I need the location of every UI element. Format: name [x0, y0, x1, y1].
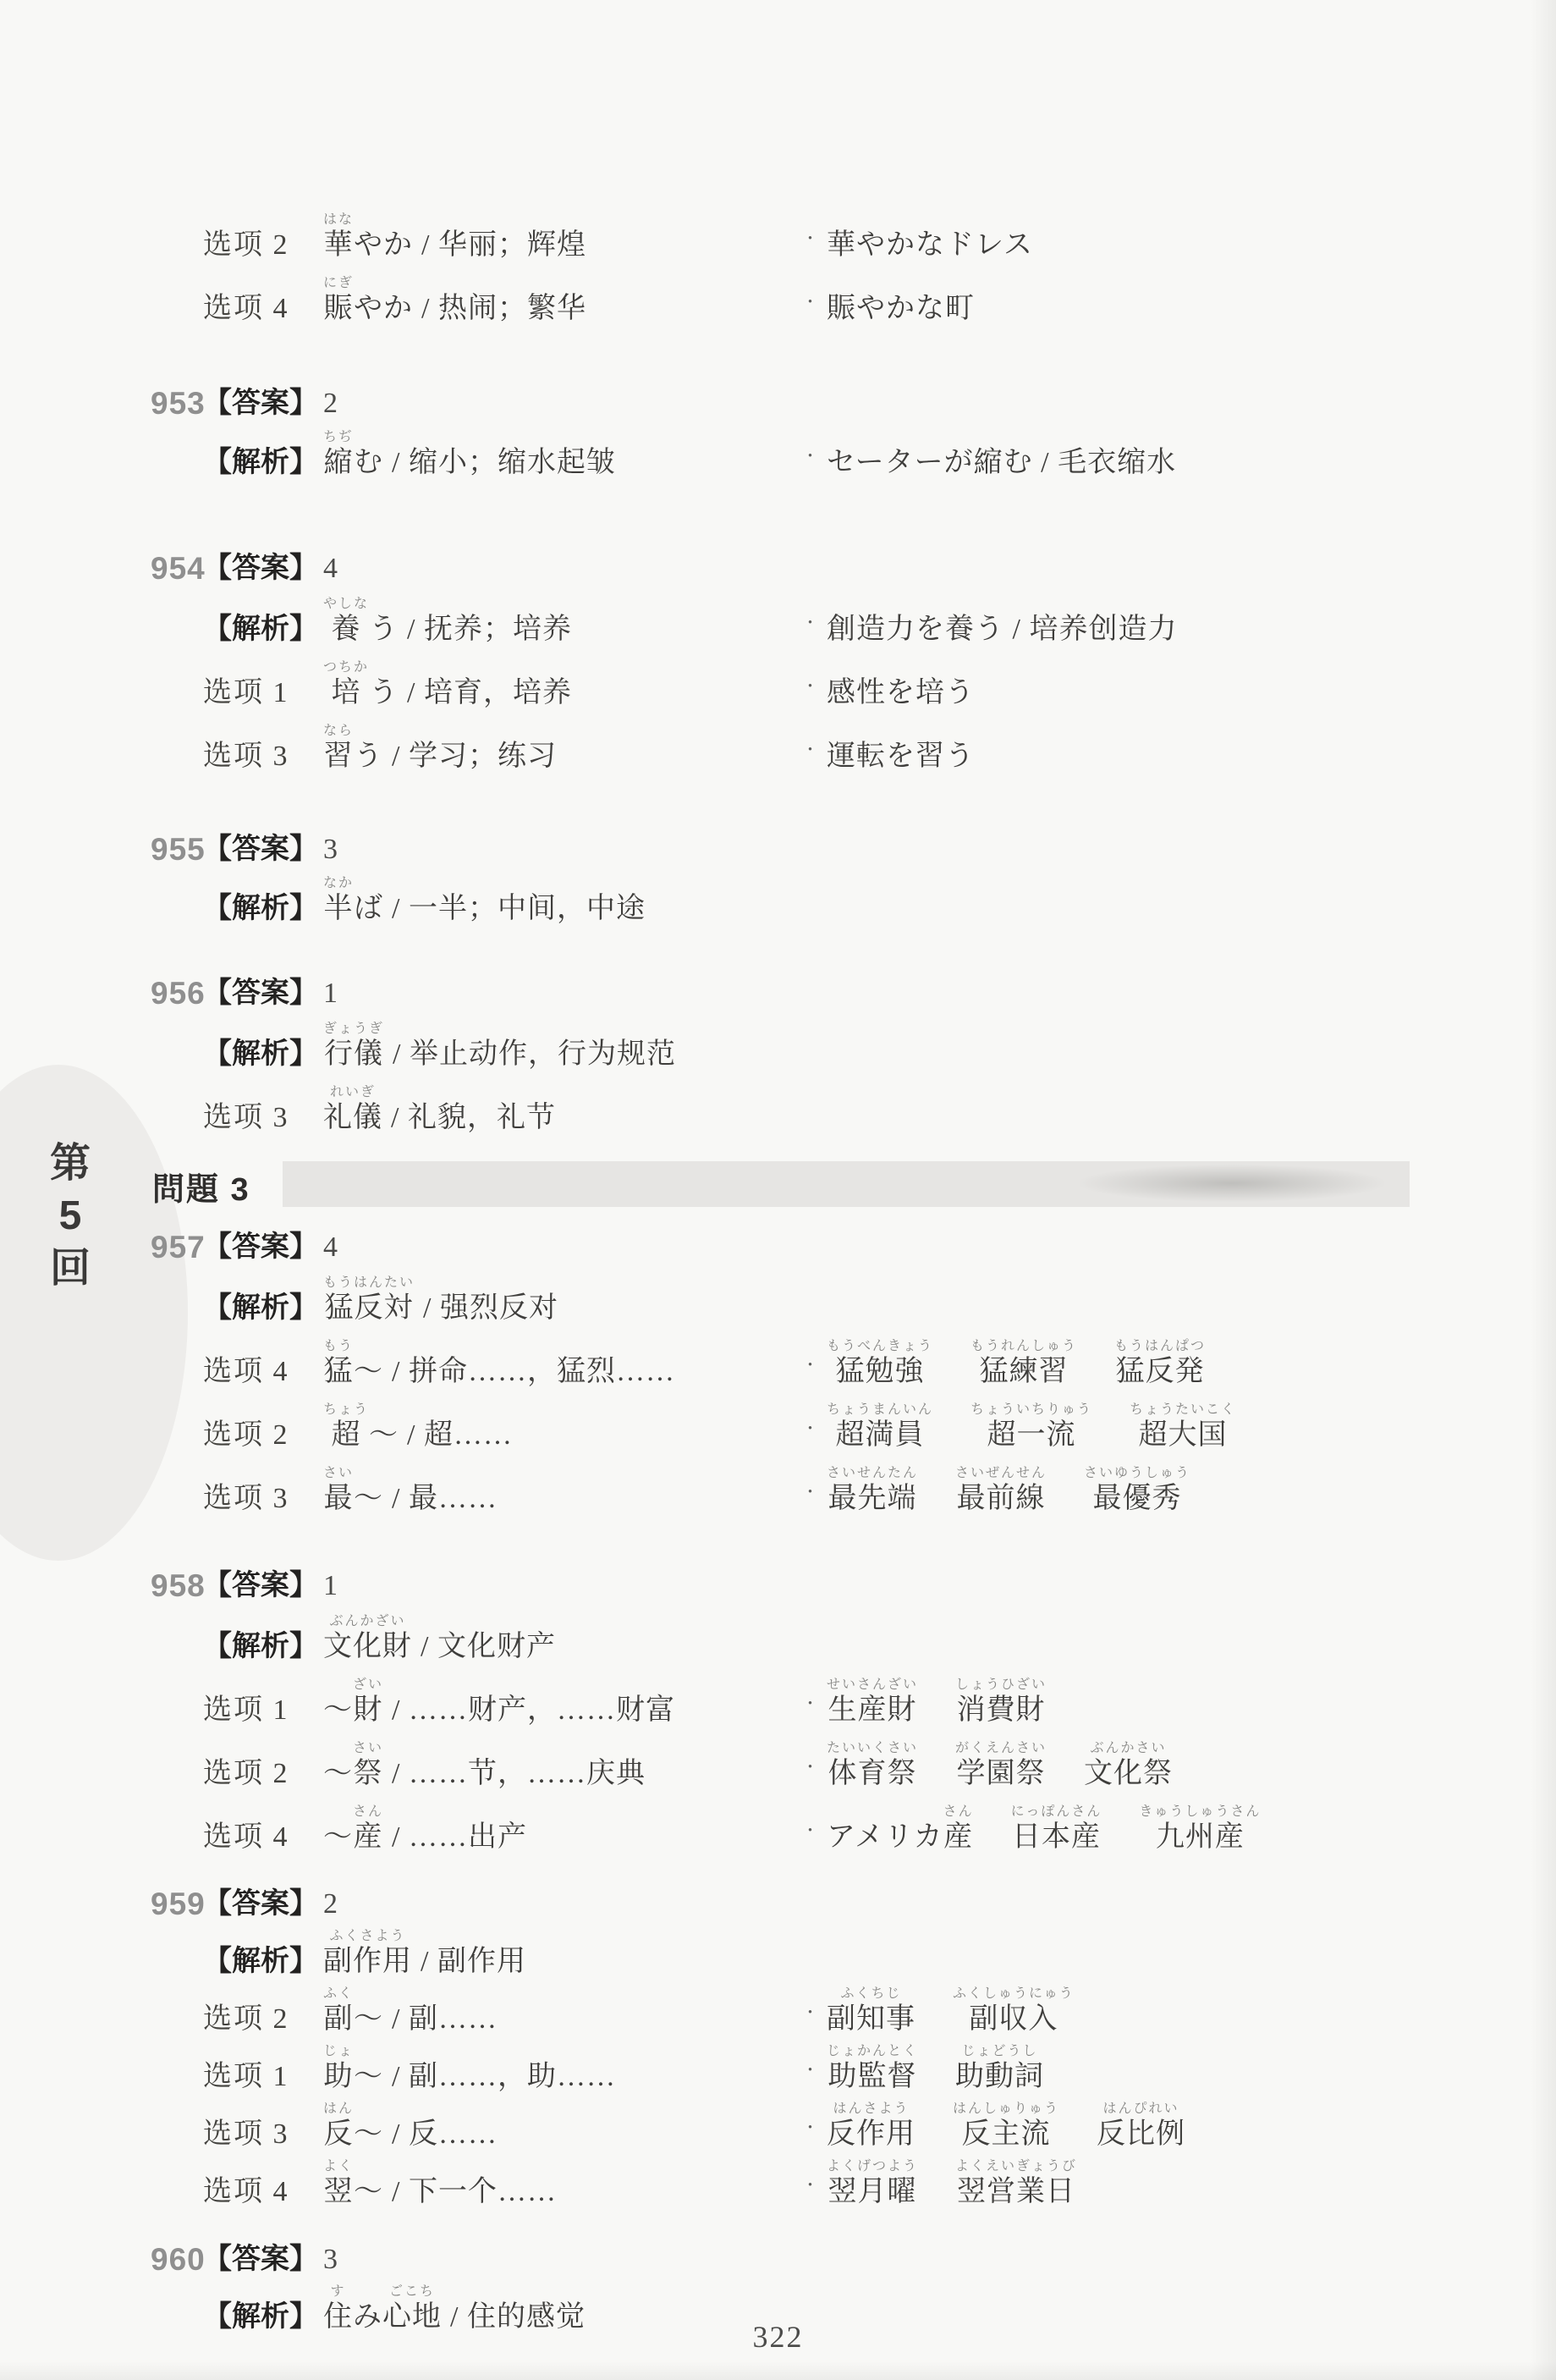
jp-text: ～ — [354, 1355, 383, 1389]
furigana: なら — [323, 723, 354, 740]
example-word: さいぜんせん最前線 — [955, 1465, 1047, 1516]
option-row: 选项 1 ～ ざい財 / ……财产，……财富 ・ せいさんざい生産財 しょうひざ… — [0, 1692, 1556, 1727]
jp-term: ～ さん産 / ……出产 — [323, 1804, 527, 1854]
jp-text: ～ — [354, 1482, 383, 1516]
jp-text: 習 — [324, 740, 354, 774]
example-furigana: ふくしゅうにゅう — [953, 1986, 1075, 2003]
furigana: やしな — [323, 596, 369, 613]
chinese-gloss: / 缩小；缩水起皱 — [392, 446, 616, 480]
example-furigana: ぶんかさい — [1091, 1740, 1167, 1757]
jp-text: ～ — [369, 1419, 399, 1452]
furigana: さい — [353, 1740, 383, 1757]
example-word: ふくしゅうにゅう副収入 — [953, 1986, 1075, 2036]
example-column: ・ 華やかなドレス — [802, 223, 1070, 262]
furigana: さん — [353, 1804, 383, 1821]
answer-row: 960 【答案】 3 — [0, 2241, 1556, 2277]
option-row: 选项 3 はん反 ～ / 反…… ・ はんさよう反作用 はんしゅりゅう反主流 は… — [0, 2116, 1556, 2151]
furigana: れいぎ — [330, 1084, 376, 1101]
option-label: 选项 4 — [203, 1355, 289, 1389]
furigana: ふくさよう — [329, 1928, 405, 1945]
answer-value: 2 — [323, 387, 338, 421]
answer-row: 956 【答案】 1 — [0, 975, 1556, 1011]
item-number: 953 — [151, 387, 206, 421]
bullet-icon: ・ — [802, 1688, 818, 1727]
jp-term: よく翌 ～ / 下一个…… — [323, 2158, 557, 2209]
example-column: ・ さいせんたん最先端 さいぜんせん最前線 さいゆうしゅう最優秀 — [802, 1465, 1228, 1516]
jp-term: れいぎ礼儀 / 礼貌，礼节 — [323, 1084, 556, 1135]
jp-term: ～ さい祭 / ……节，……庆典 — [323, 1740, 646, 1791]
option-row: 选项 1 つちか培 う / 培育，培养 ・ 感性を培う — [0, 675, 1556, 710]
jp-term: はな華 やか / 华丽；辉煌 — [323, 212, 586, 262]
example-furigana: せいさんざい — [827, 1677, 918, 1694]
item-number: 957 — [151, 1231, 206, 1264]
jp-text: ～ — [323, 1757, 353, 1791]
example-furigana: よくえいぎょうび — [955, 2158, 1077, 2175]
jp-term: ちょう超 ～ / 超…… — [323, 1402, 513, 1452]
jp-term: なか半 ば / 一半；中间，中途 — [323, 875, 646, 926]
bullet-icon: ・ — [802, 670, 818, 710]
jp-term: はん反 ～ / 反…… — [323, 2101, 498, 2151]
example-word: がくえんさい学園祭 — [955, 1740, 1047, 1791]
jp-term: じょ助 ～ / 副……，助…… — [323, 2043, 616, 2094]
jp-text: 副 — [324, 2003, 354, 2036]
example-column: ・ 賑やかな町 — [802, 286, 1012, 326]
example-word: ふくちじ副知事 — [827, 1986, 915, 2036]
answer-row: 957 【答案】 4 — [0, 1229, 1556, 1264]
example-furigana: きゅうしゅうさん — [1139, 1804, 1261, 1821]
chinese-gloss: / 华丽；辉煌 — [421, 229, 586, 262]
example-word: はんしゅりゅう反主流 — [953, 2101, 1059, 2151]
bullet-icon: ・ — [802, 1413, 818, 1452]
jp-text: う — [369, 613, 399, 647]
chinese-gloss: / 强烈反对 — [423, 1292, 558, 1325]
example-word: 感性を培う — [827, 676, 975, 710]
item-number: 955 — [151, 833, 206, 867]
option-label: 选项 4 — [203, 1821, 289, 1854]
furigana: ざい — [353, 1677, 383, 1694]
option-row: 选项 3 れいぎ礼儀 / 礼貌，礼节 — [0, 1099, 1556, 1135]
example-word: じょどうし助動詞 — [955, 2043, 1044, 2094]
kaiseki-label: 【解析】 — [203, 1038, 318, 1072]
answer-row: 955 【答案】 3 — [0, 831, 1556, 867]
chinese-gloss: / 副作用 — [421, 1945, 526, 1979]
bullet-icon: ・ — [802, 2054, 818, 2094]
answer-label: 【答案】 — [203, 552, 318, 586]
jp-term: さい最 ～ / 最…… — [323, 1465, 498, 1516]
example-furigana: じょかんとく — [827, 2043, 918, 2060]
furigana: す — [330, 2284, 345, 2300]
kaiseki-row: 【解析】 ぎょうぎ行儀 / 举止动作，行为规范 — [0, 1036, 1556, 1072]
jp-text: 猛 — [324, 1355, 354, 1389]
jp-text: やか — [354, 292, 413, 326]
furigana: ごこち — [389, 2284, 435, 2300]
example-column: ・ はんさよう反作用 はんしゅりゅう反主流 はんぴれい反比例 — [802, 2101, 1223, 2151]
answer-label: 【答案】 — [203, 1569, 318, 1603]
jp-text: 翌 — [324, 2175, 354, 2209]
example-furigana: はんぴれい — [1103, 2101, 1179, 2118]
furigana: ちょう — [323, 1402, 369, 1419]
jp-text: ～ — [354, 2060, 383, 2094]
option-label: 选项 3 — [203, 1482, 289, 1516]
answer-label: 【答案】 — [203, 1231, 318, 1264]
example-furigana: たいいくさい — [827, 1740, 918, 1757]
example-word: よくげつよう翌月曜 — [827, 2158, 918, 2209]
example-word: 創造力を養う / 培养创造力 — [827, 613, 1177, 647]
bullet-icon: ・ — [802, 1751, 818, 1791]
option-row: 选项 4 よく翌 ～ / 下一个…… ・ よくげつよう翌月曜 よくえいぎょうび翌… — [0, 2173, 1556, 2209]
item-number: 959 — [151, 1887, 206, 1921]
example-furigana: さいぜんせん — [955, 1465, 1047, 1482]
bullet-icon: ・ — [802, 286, 818, 326]
example-word: ぶんかさい文化祭 — [1084, 1740, 1173, 1791]
furigana: ぎょうぎ — [323, 1021, 384, 1038]
furigana: ぶんかざい — [329, 1613, 405, 1630]
option-label: 选项 2 — [203, 1419, 289, 1452]
jp-text: 産 — [354, 1821, 383, 1854]
jp-text: ～ — [354, 2003, 383, 2036]
example-furigana: さいゆうしゅう — [1084, 1465, 1190, 1482]
jp-text: 行儀 — [324, 1038, 383, 1072]
example-word: もうはんぱつ猛反発 — [1114, 1338, 1206, 1389]
example-word: きゅうしゅうさん九州産 — [1139, 1804, 1261, 1854]
example-word: たいいくさい体育祭 — [827, 1740, 918, 1791]
chinese-gloss: / 一半；中间，中途 — [392, 892, 646, 926]
bullet-icon: ・ — [802, 2112, 818, 2151]
chinese-gloss: / ……出产 — [392, 1821, 527, 1854]
item-number: 956 — [151, 977, 206, 1011]
example-word: しょうひざい消費財 — [955, 1677, 1047, 1727]
option-label: 选项 4 — [203, 2175, 289, 2209]
bullet-icon: ・ — [802, 223, 818, 262]
example-furigana: がくえんさい — [955, 1740, 1047, 1757]
option-row: 选项 4 ～ さん産 / ……出产 ・ アメリカさん産 にっぽんさん日本産 きゅ… — [0, 1819, 1556, 1854]
chinese-gloss: / 副……，助…… — [392, 2060, 616, 2094]
furigana: なか — [323, 875, 354, 892]
bullet-icon: ・ — [802, 440, 818, 480]
jp-term: ふくさよう副作用 / 副作用 — [323, 1928, 526, 1979]
jp-term: ～ ざい財 / ……财产，……财富 — [323, 1677, 675, 1727]
jp-text: ば — [354, 892, 383, 926]
page-number: 322 — [0, 2319, 1556, 2355]
chinese-gloss: / 副…… — [392, 2003, 498, 2036]
jp-text: ～ — [323, 1821, 353, 1854]
kaiseki-row: 【解析】 ふくさよう副作用 / 副作用 — [0, 1943, 1556, 1979]
answer-row: 959 【答案】 2 — [0, 1886, 1556, 1921]
option-row: 选项 4 もう猛 ～ / 拼命……，猛烈…… ・ もうべんきょう猛勉強 もうれん… — [0, 1353, 1556, 1389]
option-label: 选项 1 — [203, 2060, 289, 2094]
example-word: ちょうたいこく超大国 — [1130, 1402, 1236, 1452]
example-word: はんさよう反作用 — [827, 2101, 915, 2151]
example-furigana: よくげつよう — [827, 2158, 918, 2175]
chinese-gloss: / 培育，培养 — [407, 676, 572, 710]
option-label: 选项 1 — [203, 676, 289, 710]
example-word: 華やかなドレス — [827, 229, 1033, 262]
example-furigana: ちょういちりゅう — [970, 1402, 1092, 1419]
answer-value: 2 — [323, 1887, 338, 1921]
example-word: にっぽんさん日本産 — [1011, 1804, 1102, 1854]
example-furigana: ちょうたいこく — [1130, 1402, 1236, 1419]
chinese-gloss: / 拼命……，猛烈…… — [392, 1355, 675, 1389]
example-furigana: もうべんきょう — [827, 1338, 933, 1355]
kaiseki-row: 【解析】 もうはんたい猛反対 / 强烈反对 — [0, 1290, 1556, 1325]
jp-term: つちか培 う / 培育，培养 — [323, 659, 572, 710]
jp-text: 最 — [324, 1482, 354, 1516]
option-label: 选项 4 — [203, 292, 289, 326]
jp-text: 培 — [332, 676, 361, 710]
answer-row: 954 【答案】 4 — [0, 550, 1556, 586]
furigana: もう — [323, 1338, 354, 1355]
furigana: もうはんたい — [323, 1275, 415, 1292]
furigana: ちぢ — [323, 429, 354, 446]
scan-edge-shadow-bottom — [0, 2361, 1556, 2380]
option-label: 选项 2 — [203, 229, 289, 262]
example-column: ・ アメリカさん産 にっぽんさん日本産 きゅうしゅうさん九州産 — [802, 1804, 1298, 1854]
jp-text: 礼儀 — [323, 1101, 382, 1135]
jp-text: 祭 — [354, 1757, 383, 1791]
item-number: 960 — [151, 2243, 206, 2277]
example-word: もうべんきょう猛勉強 — [827, 1338, 933, 1389]
side-tab-char: 第 — [50, 1141, 91, 1187]
example-furigana: ふくちじ — [841, 1986, 902, 2003]
option-row: 选项 3 さい最 ～ / 最…… ・ さいせんたん最先端 さいぜんせん最前線 さ… — [0, 1480, 1556, 1516]
option-row: 选项 3 なら習 う / 学习；练习 ・ 運転を習う — [0, 738, 1556, 774]
jp-text: う — [369, 676, 399, 710]
example-word: ちょういちりゅう超一流 — [970, 1402, 1092, 1452]
chinese-gloss: / 超…… — [407, 1419, 513, 1452]
answer-value: 3 — [323, 833, 338, 867]
jp-text: 猛反対 — [325, 1292, 414, 1325]
bullet-icon: ・ — [802, 607, 818, 647]
kaiseki-label: 【解析】 — [203, 1292, 318, 1325]
jp-text: む — [354, 446, 383, 480]
answer-label: 【答案】 — [203, 1887, 318, 1921]
jp-text: 半 — [324, 892, 354, 926]
bullet-icon: ・ — [802, 1815, 818, 1854]
example-column: ・ よくげつよう翌月曜 よくえいぎょうび翌営業日 — [802, 2158, 1114, 2209]
option-row: 选项 2 ～ さい祭 / ……节，……庆典 ・ たいいくさい体育祭 がくえんさい… — [0, 1755, 1556, 1791]
option-label: 选项 2 — [203, 2003, 289, 2036]
jp-text: ～ — [323, 1694, 353, 1727]
example-column: ・ ちょうまんいん超満員 ちょういちりゅう超一流 ちょうたいこく超大国 — [802, 1402, 1273, 1452]
answer-label: 【答案】 — [203, 387, 318, 421]
example-column: ・ 運転を習う — [802, 734, 1012, 774]
example-word: さいゆうしゅう最優秀 — [1084, 1465, 1190, 1516]
bullet-icon: ・ — [802, 1476, 818, 1516]
answer-row: 953 【答案】 2 — [0, 385, 1556, 421]
scan-edge-shadow-right — [1531, 0, 1556, 2380]
bullet-icon: ・ — [802, 1349, 818, 1389]
jp-term: もう猛 ～ / 拼命……，猛烈…… — [323, 1338, 675, 1389]
example-column: ・ セーターが縮む / 毛衣缩水 — [802, 440, 1213, 480]
chinese-gloss: / 反…… — [392, 2118, 498, 2151]
jp-text: ～ — [354, 2118, 383, 2151]
section-header-band — [283, 1161, 1410, 1207]
furigana: じょ — [323, 2043, 354, 2060]
jp-term: にぎ賑 やか / 热闹；繁华 — [323, 275, 586, 326]
example-furigana: しょうひざい — [955, 1677, 1047, 1694]
chinese-gloss: / 文化财产 — [421, 1630, 556, 1664]
kaiseki-row: 【解析】 なか半 ば / 一半；中间，中途 — [0, 890, 1556, 926]
example-word: はんぴれい反比例 — [1097, 2101, 1185, 2151]
item-number: 958 — [151, 1569, 206, 1603]
chinese-gloss: / 热闹；繁华 — [421, 292, 586, 326]
option-label: 选项 3 — [203, 2118, 289, 2151]
option-label: 选项 3 — [203, 740, 289, 774]
option-row: 选项 1 じょ助 ～ / 副……，助…… ・ じょかんとく助監督 じょどうし助動… — [0, 2058, 1556, 2094]
furigana: にぎ — [323, 275, 354, 292]
example-column: ・ たいいくさい体育祭 がくえんさい学園祭 ぶんかさい文化祭 — [802, 1740, 1210, 1791]
side-tab-round-5: 第 5 回 — [41, 1141, 100, 1292]
answer-label: 【答案】 — [203, 2243, 318, 2277]
answer-row: 958 【答案】 1 — [0, 1567, 1556, 1603]
jp-text: 文化財 — [323, 1630, 412, 1664]
chinese-gloss: / 最…… — [392, 1482, 498, 1516]
example-column: ・ せいさんざい生産財 しょうひざい消費財 — [802, 1677, 1084, 1727]
jp-term: ぶんかざい文化財 / 文化财产 — [323, 1613, 556, 1664]
furigana: よく — [323, 2158, 354, 2175]
answer-label: 【答案】 — [203, 833, 318, 867]
option-row: 选项 2 ちょう超 ～ / 超…… ・ ちょうまんいん超満員 ちょういちりゅう超… — [0, 1417, 1556, 1452]
jp-text: 財 — [354, 1694, 383, 1727]
jp-text: 反 — [324, 2118, 354, 2151]
option-label: 选项 1 — [203, 1694, 289, 1727]
kaiseki-label: 【解析】 — [203, 446, 318, 480]
kaiseki-label: 【解析】 — [203, 1630, 318, 1664]
example-column: ・ ふくちじ副知事 ふくしゅうにゅう副収入 — [802, 1986, 1112, 2036]
jp-term: もうはんたい猛反対 / 强烈反对 — [323, 1275, 558, 1325]
furigana: ふく — [323, 1986, 354, 2003]
example-word: 賑やかな町 — [827, 292, 975, 326]
answer-value: 1 — [323, 1569, 338, 1603]
jp-term: ふく副 ～ / 副…… — [323, 1986, 498, 2036]
example-column: ・ 感性を培う — [802, 670, 1012, 710]
kaiseki-row: 【解析】 ちぢ縮 む / 缩小；缩水起皱 ・ セーターが縮む / 毛衣缩水 — [0, 444, 1556, 480]
example-word: もうれんしゅう猛練習 — [970, 1338, 1077, 1389]
book-page: 第 5 回 选项 2 はな華 やか / 华丽；辉煌 ・ 華やかなドレス 选项 4… — [0, 0, 1556, 2380]
answer-value: 4 — [323, 552, 338, 586]
bullet-icon: ・ — [802, 734, 818, 774]
jp-text: 超 — [332, 1419, 361, 1452]
answer-value: 3 — [323, 2243, 338, 2277]
jp-term: なら習 う / 学习；练习 — [323, 723, 557, 774]
option-row: 选项 2 はな華 やか / 华丽；辉煌 ・ 華やかなドレス — [0, 227, 1556, 262]
example-furigana: はんしゅりゅう — [953, 2101, 1059, 2118]
answer-label: 【答案】 — [203, 977, 318, 1011]
example-column: ・ じょかんとく助監督 じょどうし助動詞 — [802, 2043, 1081, 2094]
example-word: セーターが縮む / 毛衣缩水 — [827, 446, 1176, 480]
example-furigana: さん — [943, 1804, 974, 1821]
option-label: 选项 2 — [203, 1757, 289, 1791]
option-row: 选项 2 ふく副 ～ / 副…… ・ ふくちじ副知事 ふくしゅうにゅう副収入 — [0, 2001, 1556, 2036]
section-header: 問題 3 — [152, 1163, 250, 1209]
jp-text: 縮 — [324, 446, 354, 480]
item-number: 954 — [151, 552, 206, 586]
example-furigana: はんさよう — [833, 2101, 910, 2118]
example-word: さいせんたん最先端 — [827, 1465, 918, 1516]
kaiseki-label: 【解析】 — [203, 1945, 318, 1979]
option-row: 选项 4 にぎ賑 やか / 热闹；繁华 ・ 賑やかな町 — [0, 290, 1556, 326]
jp-term: やしな養 う / 抚养；培养 — [323, 596, 572, 647]
example-word: せいさんざい生産財 — [827, 1677, 918, 1727]
example-furigana: じょどうし — [962, 2043, 1038, 2060]
jp-text: う — [354, 740, 383, 774]
chinese-gloss: / ……节，……庆典 — [392, 1757, 646, 1791]
example-furigana: にっぽんさん — [1011, 1804, 1102, 1821]
kaiseki-label: 【解析】 — [203, 892, 318, 926]
jp-text: 養 — [332, 613, 361, 647]
example-furigana: ちょうまんいん — [827, 1402, 933, 1419]
example-word: ちょうまんいん超満員 — [827, 1402, 933, 1452]
bullet-icon: ・ — [802, 1997, 818, 2036]
jp-term: ぎょうぎ行儀 / 举止动作，行为规范 — [323, 1021, 676, 1072]
chinese-gloss: / 学习；练习 — [392, 740, 557, 774]
example-column: ・ 創造力を養う / 培养创造力 — [802, 607, 1214, 647]
example-furigana: もうはんぱつ — [1114, 1338, 1206, 1355]
chinese-gloss: / 抚养；培养 — [407, 613, 572, 647]
chinese-gloss: / 下一个…… — [392, 2175, 557, 2209]
example-furigana: もうれんしゅう — [970, 1338, 1077, 1355]
kaiseki-label: 【解析】 — [203, 613, 318, 647]
example-word: じょかんとく助監督 — [827, 2043, 918, 2094]
furigana: はな — [323, 212, 354, 229]
furigana: はん — [323, 2101, 354, 2118]
answer-value: 1 — [323, 977, 338, 1011]
chinese-gloss: / 举止动作，行为规范 — [393, 1038, 676, 1072]
jp-text: 華 — [324, 229, 354, 262]
furigana: つちか — [323, 659, 369, 676]
example-column: ・ もうべんきょう猛勉強 もうれんしゅう猛練習 もうはんぱつ猛反発 — [802, 1338, 1243, 1389]
jp-text: 賑 — [324, 292, 354, 326]
chinese-gloss: / ……财产，……财富 — [392, 1694, 675, 1727]
kaiseki-row: 【解析】 ぶんかざい文化財 / 文化财产 — [0, 1628, 1556, 1664]
example-word: 運転を習う — [827, 740, 975, 774]
example-word: アメリカさん産 — [827, 1804, 974, 1854]
chinese-gloss: / 礼貌，礼节 — [391, 1101, 556, 1135]
jp-text: ～ — [354, 2175, 383, 2209]
example-furigana: さいせんたん — [827, 1465, 918, 1482]
furigana: さい — [323, 1465, 354, 1482]
jp-term: ちぢ縮 む / 缩小；缩水起皱 — [323, 429, 616, 480]
jp-text: 助 — [324, 2060, 354, 2094]
print-bleed-smudge — [1080, 1165, 1384, 1202]
kaiseki-row: 【解析】 やしな養 う / 抚养；培养 ・ 創造力を養う / 培养创造力 — [0, 611, 1556, 647]
jp-text: 副作用 — [323, 1945, 412, 1979]
example-word: よくえいぎょうび翌営業日 — [955, 2158, 1077, 2209]
answer-value: 4 — [323, 1231, 338, 1264]
bullet-icon: ・ — [802, 2169, 818, 2209]
jp-text: やか — [354, 229, 413, 262]
option-label: 选项 3 — [203, 1101, 289, 1135]
